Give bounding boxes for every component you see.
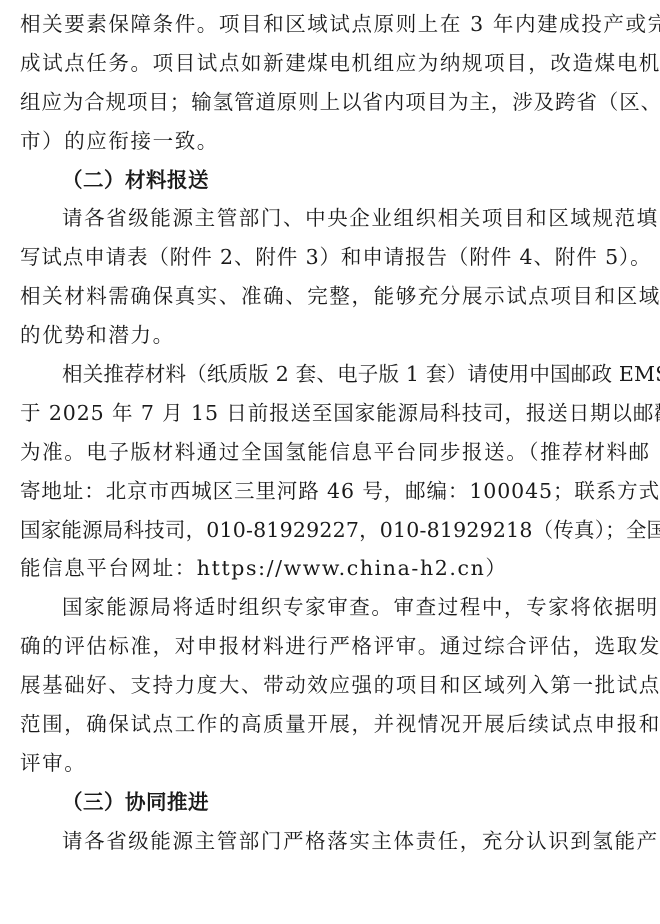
text-line: 国家能源局科技司，010-81929227，010-81929218（传真）；全… bbox=[20, 511, 650, 550]
text-line: 组应为合规项目；输氢管道原则上以省内项目为主，涉及跨省（区、 bbox=[20, 83, 650, 122]
text-line: 为准。电子版材料通过全国氢能信息平台同步报送。（推荐材料邮 bbox=[20, 433, 650, 472]
text-line: 的优势和潜力。 bbox=[20, 316, 650, 355]
text-line: 寄地址：北京市西城区三里河路 46 号，邮编：100045；联系方式： bbox=[20, 472, 650, 511]
section-heading-coordinated-advancement: （三）协同推进 bbox=[20, 783, 650, 822]
paragraph-expert-review: 国家能源局将适时组织专家审查。审查过程中，专家将依据明 确的评估标准，对申报材料… bbox=[20, 588, 650, 782]
text-line: 请各省级能源主管部门、中央企业组织相关项目和区域规范填 bbox=[20, 199, 650, 238]
text-line: 范围，确保试点工作的高质量开展，并视情况开展后续试点申报和 bbox=[20, 705, 650, 744]
text-line: 市）的应衔接一致。 bbox=[20, 122, 650, 161]
section-heading-materials-submission: （二）材料报送 bbox=[20, 161, 650, 200]
text-line: 国家能源局将适时组织专家审查。审查过程中，专家将依据明 bbox=[20, 588, 650, 627]
paragraph-application-forms: 请各省级能源主管部门、中央企业组织相关项目和区域规范填 写试点申请表（附件 2、… bbox=[20, 199, 650, 355]
text-line: 写试点申请表（附件 2、附件 3）和申请报告（附件 4、附件 5）。 bbox=[20, 238, 650, 277]
text-line: 于 2025 年 7 月 15 日前报送至国家能源局科技司，报送日期以邮戳 bbox=[20, 394, 650, 433]
text-line: 评审。 bbox=[20, 744, 650, 783]
paragraph-requirements-continued: 相关要素保障条件。项目和区域试点原则上在 3 年内建成投产或完 成试点任务。项目… bbox=[20, 5, 650, 161]
document-page: 相关要素保障条件。项目和区域试点原则上在 3 年内建成投产或完 成试点任务。项目… bbox=[20, 5, 650, 861]
text-line: 确的评估标准，对申报材料进行严格评审。通过综合评估，选取发 bbox=[20, 627, 650, 666]
paragraph-responsibility: 请各省级能源主管部门严格落实主体责任，充分认识到氢能产 bbox=[20, 822, 650, 861]
text-line: 展基础好、支持力度大、带动效应强的项目和区域列入第一批试点 bbox=[20, 666, 650, 705]
text-line: 相关材料需确保真实、准确、完整，能够充分展示试点项目和区域 bbox=[20, 277, 650, 316]
text-line-website: 能信息平台网址：https://www.china-h2.cn） bbox=[20, 549, 650, 588]
text-line: 请各省级能源主管部门严格落实主体责任，充分认识到氢能产 bbox=[20, 822, 650, 861]
text-line: 成试点任务。项目试点如新建煤电机组应为纳规项目，改造煤电机 bbox=[20, 44, 650, 83]
text-line: 相关推荐材料（纸质版 2 套、电子版 1 套）请使用中国邮政 EMS bbox=[20, 355, 650, 394]
text-line: 相关要素保障条件。项目和区域试点原则上在 3 年内建成投产或完 bbox=[20, 5, 650, 44]
paragraph-submission-details: 相关推荐材料（纸质版 2 套、电子版 1 套）请使用中国邮政 EMS 于 202… bbox=[20, 355, 650, 588]
